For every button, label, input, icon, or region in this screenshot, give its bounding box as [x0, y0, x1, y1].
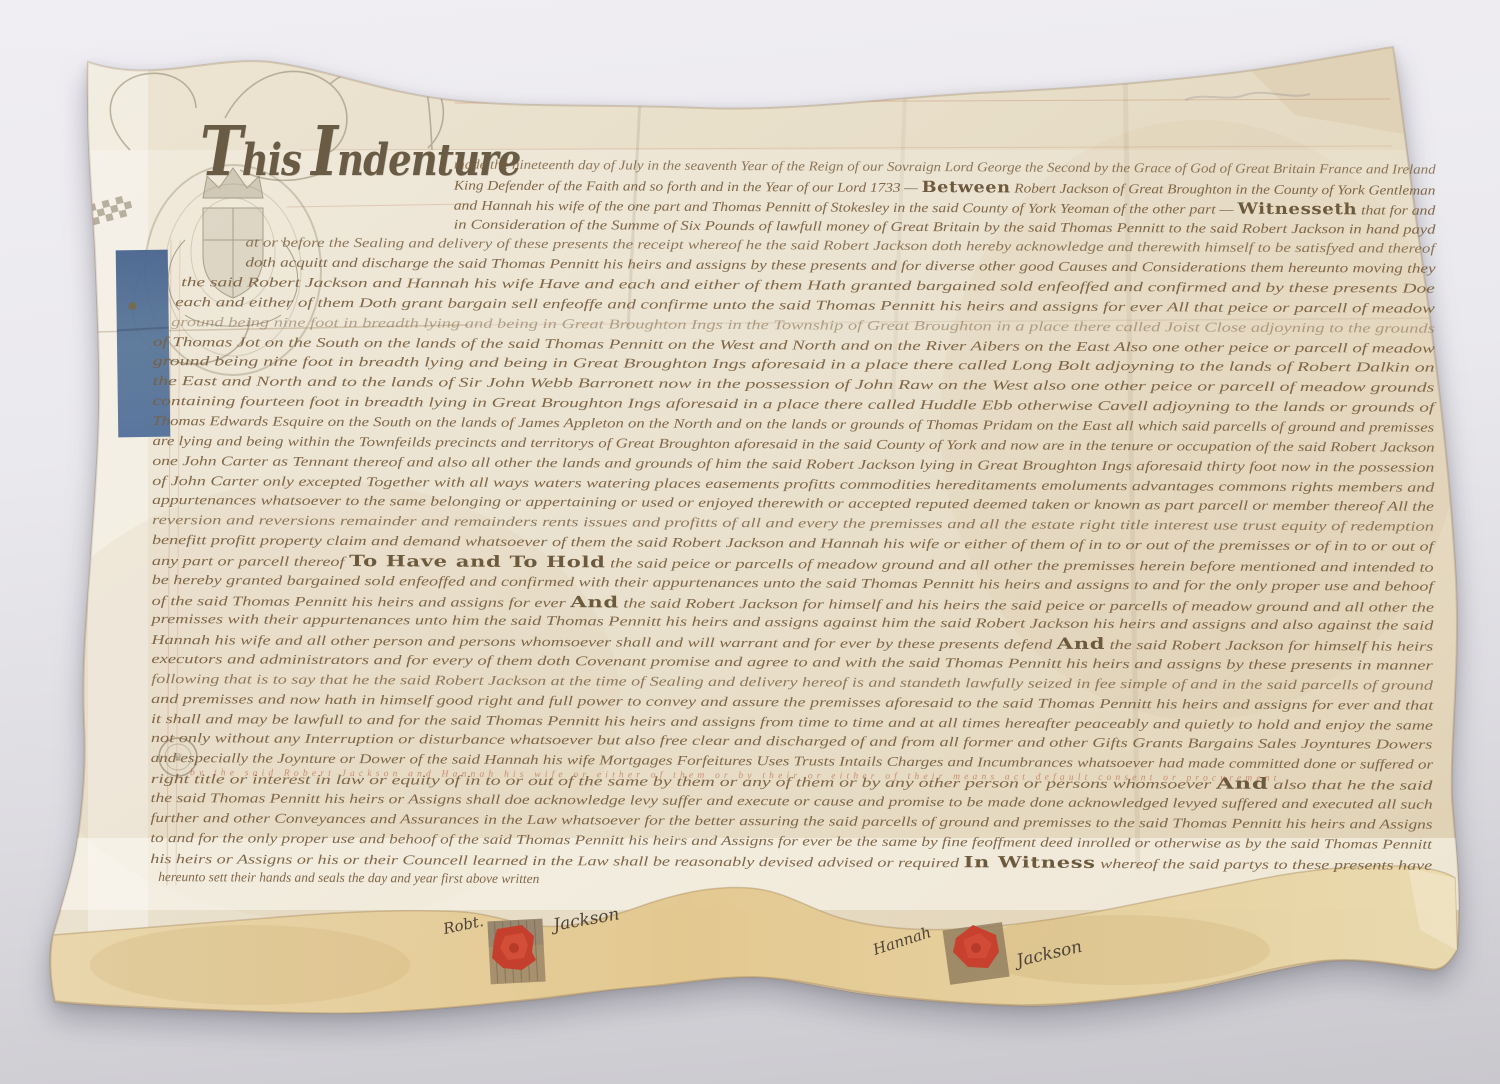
fold-stain: [970, 915, 1270, 985]
photo-stage: ♛: [0, 0, 1500, 1084]
fold-stain: [90, 925, 410, 1005]
